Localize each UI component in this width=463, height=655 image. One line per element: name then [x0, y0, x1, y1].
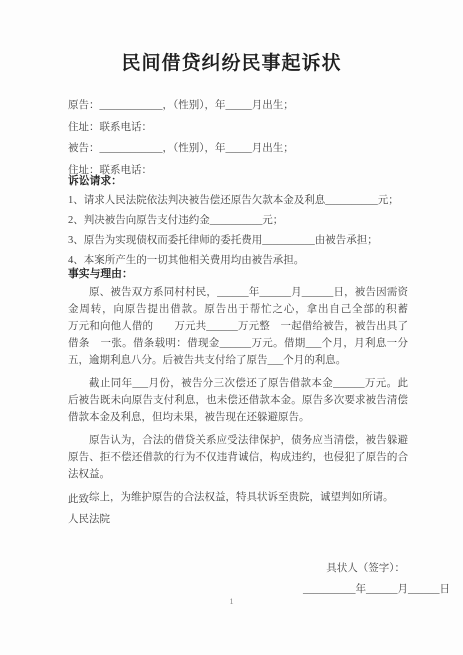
claims-heading: 诉讼请求： [68, 172, 408, 191]
facts-section: 事实与理由： 原、被告双方系同村村民，______年______月______日… [68, 266, 408, 512]
date-blank-line: __________年______月______日 [303, 581, 450, 596]
claim-item-3: 3、原告为实现债权而委托律师的委托费用__________由被告承担； [68, 231, 408, 251]
facts-paragraph-3: 原告认为，合法的借贷关系应受法律保护，债务应当清偿，被告躲避原告、拒不偿还借款的… [68, 432, 408, 483]
plaintiff-info-line: 原告：____________，（性别），年_____月出生； [68, 95, 408, 117]
signer-signature-label: 具状人（签字）： [326, 560, 405, 575]
defendant-info-line: 被告：____________，（性别），年_____月出生； [68, 138, 408, 160]
claim-item-2: 2、判决被告向原告支付违约金__________元； [68, 211, 408, 231]
closing-salute: 此致 [68, 490, 408, 510]
complaint-document-page: 民间借贷纠纷民事起诉状 原告：____________，（性别），年_____月… [0, 0, 463, 655]
facts-paragraph-2: 截止同年___月份，被告分三次偿还了原告借款本金______万元。此后被告既未向… [68, 375, 408, 426]
facts-heading: 事实与理由： [68, 266, 408, 282]
facts-paragraph-1: 原、被告双方系同村村民，______年______月______日，被告因需资金… [68, 284, 408, 369]
claim-item-1: 1、请求人民法院依法判决被告偿还原告欠款本金及利息__________元； [68, 191, 408, 211]
court-name: 人民法院 [68, 510, 408, 530]
plaintiff-contact-line: 住址：联系电话： [68, 117, 408, 139]
claims-section: 诉讼请求： 1、请求人民法院依法判决被告偿还原告欠款本金及利息_________… [68, 172, 408, 271]
page-number: 1 [0, 596, 463, 606]
document-title: 民间借贷纠纷民事起诉状 [0, 48, 463, 75]
closing-section: 此致 人民法院 [68, 490, 408, 530]
parties-section: 原告：____________，（性别），年_____月出生； 住址：联系电话：… [68, 95, 408, 181]
